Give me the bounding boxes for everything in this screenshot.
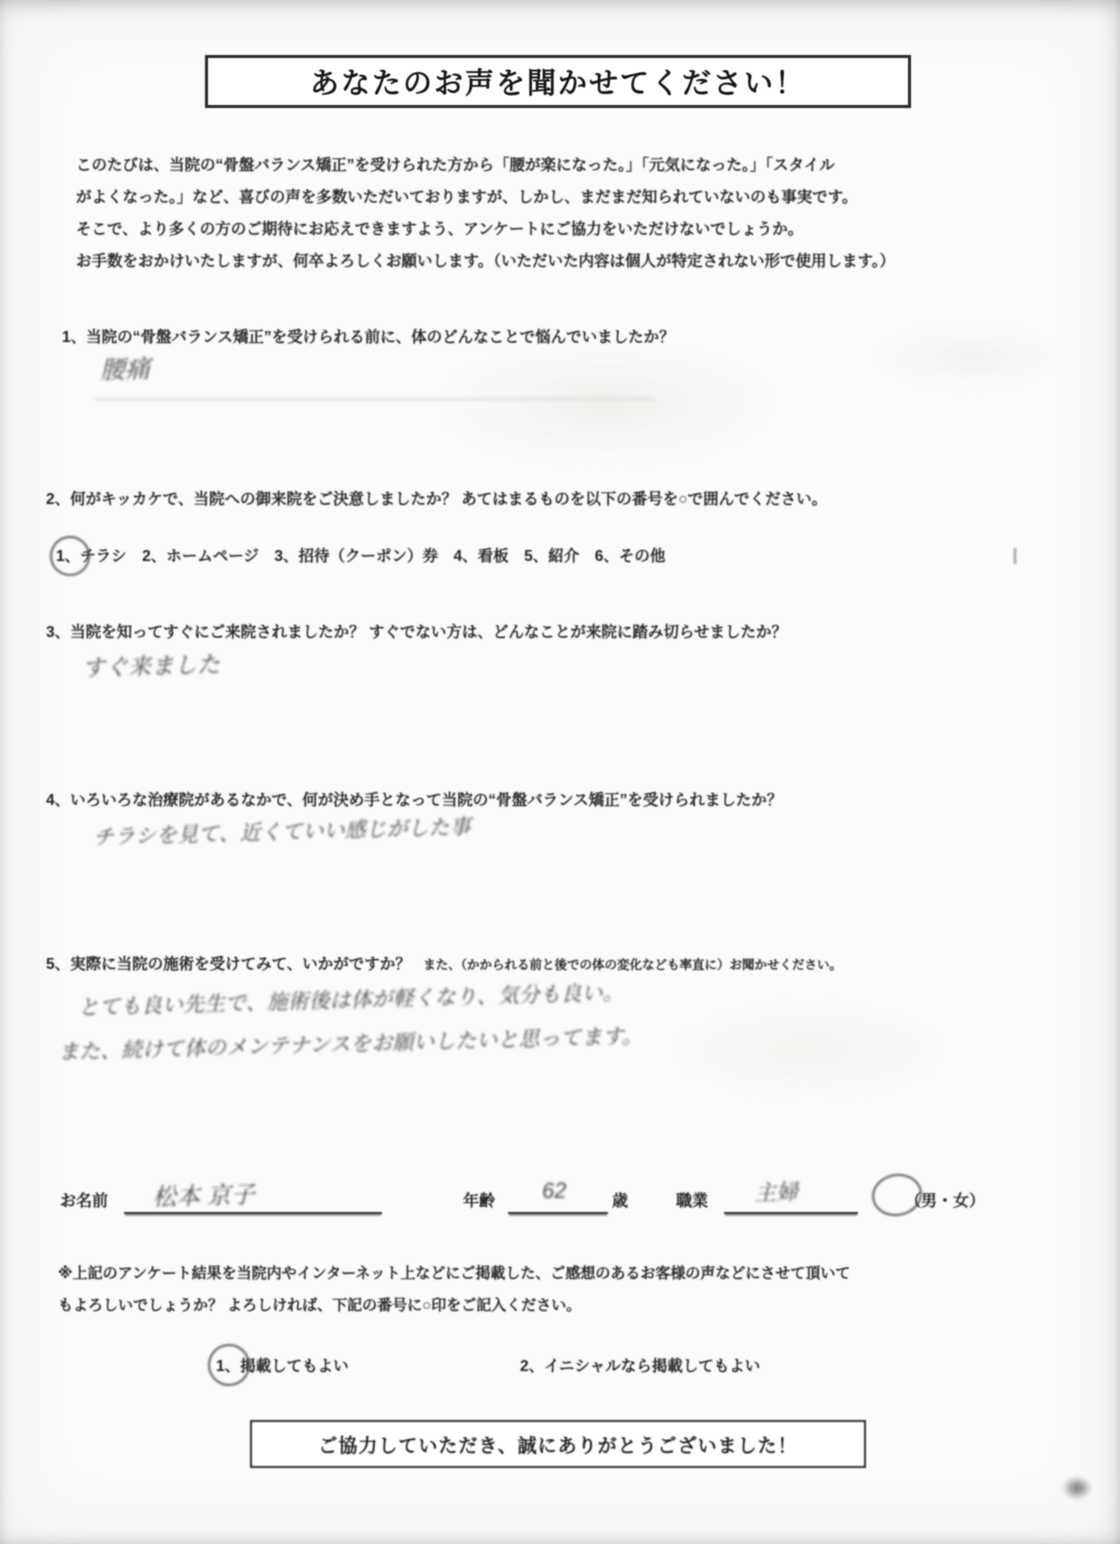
- question-4-handwritten-answer: チラシを見て、近くていい感じがした事: [93, 811, 471, 852]
- scan-smudge: [680, 1010, 940, 1090]
- name-field-label: お名前: [60, 1188, 108, 1211]
- intro-paragraph: このたびは、当院の“骨盤バランス矯正”を受けられた方から「腰が楽になった。」「元…: [76, 150, 895, 278]
- corner-ink-smudge: [1062, 1476, 1092, 1500]
- scan-smudge: [880, 332, 1060, 382]
- question-5-handwritten-answer-line2: また、続けて体のメンテナンスをお願いしたいと思ってます。: [58, 1020, 643, 1066]
- question-3-handwritten-answer: すぐ来ました: [82, 646, 221, 683]
- question-5-handwritten-answer-line1: とても良い先生で、施術後は体が軽くなり、気分も良い。: [78, 976, 624, 1021]
- closing-message: ご協力していただき、誠にありがとうございました！: [318, 1431, 797, 1458]
- closing-box: ご協力していただき、誠にありがとうございました！: [250, 1420, 866, 1468]
- name-handwritten-value: 松本 京子: [152, 1175, 256, 1213]
- occupation-handwritten-value: 主婦: [754, 1175, 799, 1207]
- question-1-label: 1、当院の“骨盤バランス矯正”を受けられる前に、体のどんなことで悩んでいましたか…: [62, 325, 675, 347]
- scan-smudge: [440, 348, 770, 458]
- footnote-line2: もよろしいでしょうか？ よろしければ、下記の番号に○印をご記入ください。: [58, 1294, 581, 1315]
- intro-line: このたびは、当院の“骨盤バランス矯正”を受けられた方から「腰が楽になった。」「元…: [76, 150, 895, 182]
- question-5-label-row: 5、実際に当院の施術を受けてみて、いかがですか？ また、（かかられる前と後での体…: [46, 952, 842, 974]
- hand-circle-consent-1: [205, 1341, 254, 1390]
- intro-line: お手数をおかけいたしますが、何卒よろしくお願いします。（いただいた内容は個人が特…: [76, 246, 895, 278]
- question-3-label: 3、当院を知ってすぐにご来院されましたか？ すぐでない方は、どんなことが来院に踏…: [46, 620, 787, 642]
- page-title: あなたのお声を聞かせてください！: [310, 61, 806, 102]
- title-box: あなたのお声を聞かせてください！: [205, 55, 911, 108]
- occupation-field-label: 職業: [676, 1188, 708, 1211]
- question-1-handwritten-answer: 腰痛: [100, 349, 151, 386]
- consent-option-2: 2、イニシャルなら掲載してもよい: [520, 1354, 760, 1376]
- question-2-label: 2、何がキッカケで、当院への御来院をご決意しましたか？ あてはまるものを以下の番…: [46, 487, 827, 509]
- question-2-options: 1、チラシ 2、ホームページ 3、招待（クーポン）券 4、看板 5、紹介 6、そ…: [56, 544, 665, 566]
- question-4-label: 4、いろいろな治療院があるなかで、何が決め手となって当院の“骨盤バランス矯正”を…: [46, 788, 782, 810]
- stray-pen-mark: [1014, 548, 1016, 564]
- age-unit-label: 歳: [612, 1188, 628, 1211]
- age-field-label: 年齢: [463, 1188, 495, 1211]
- intro-line: がよくなった。」など、喜びの声を多数いただいておりますが、しかし、まだまだ知られ…: [76, 182, 895, 214]
- question-5-note: また、（かかられる前と後での体の変化なども率直に）お聞かせください。: [415, 958, 842, 972]
- faint-answer-line: [95, 398, 655, 400]
- question-5-label: 5、実際に当院の施術を受けてみて、いかがですか？: [46, 956, 411, 973]
- gender-options-label: （男・女）: [905, 1188, 985, 1211]
- hand-circle-option-1: [47, 533, 93, 579]
- intro-line: そこで、より多くの方のご期待にお応えできますよう、アンケートにご協力をいただけな…: [76, 214, 895, 246]
- age-handwritten-value: 62: [542, 1178, 567, 1205]
- scanned-questionnaire-page: あなたのお声を聞かせてください！ このたびは、当院の“骨盤バランス矯正”を受けら…: [0, 0, 1120, 1544]
- footnote-line1: ※上記のアンケート結果を当院内やインターネット上などにご掲載した、ご感想のあるお…: [58, 1262, 850, 1283]
